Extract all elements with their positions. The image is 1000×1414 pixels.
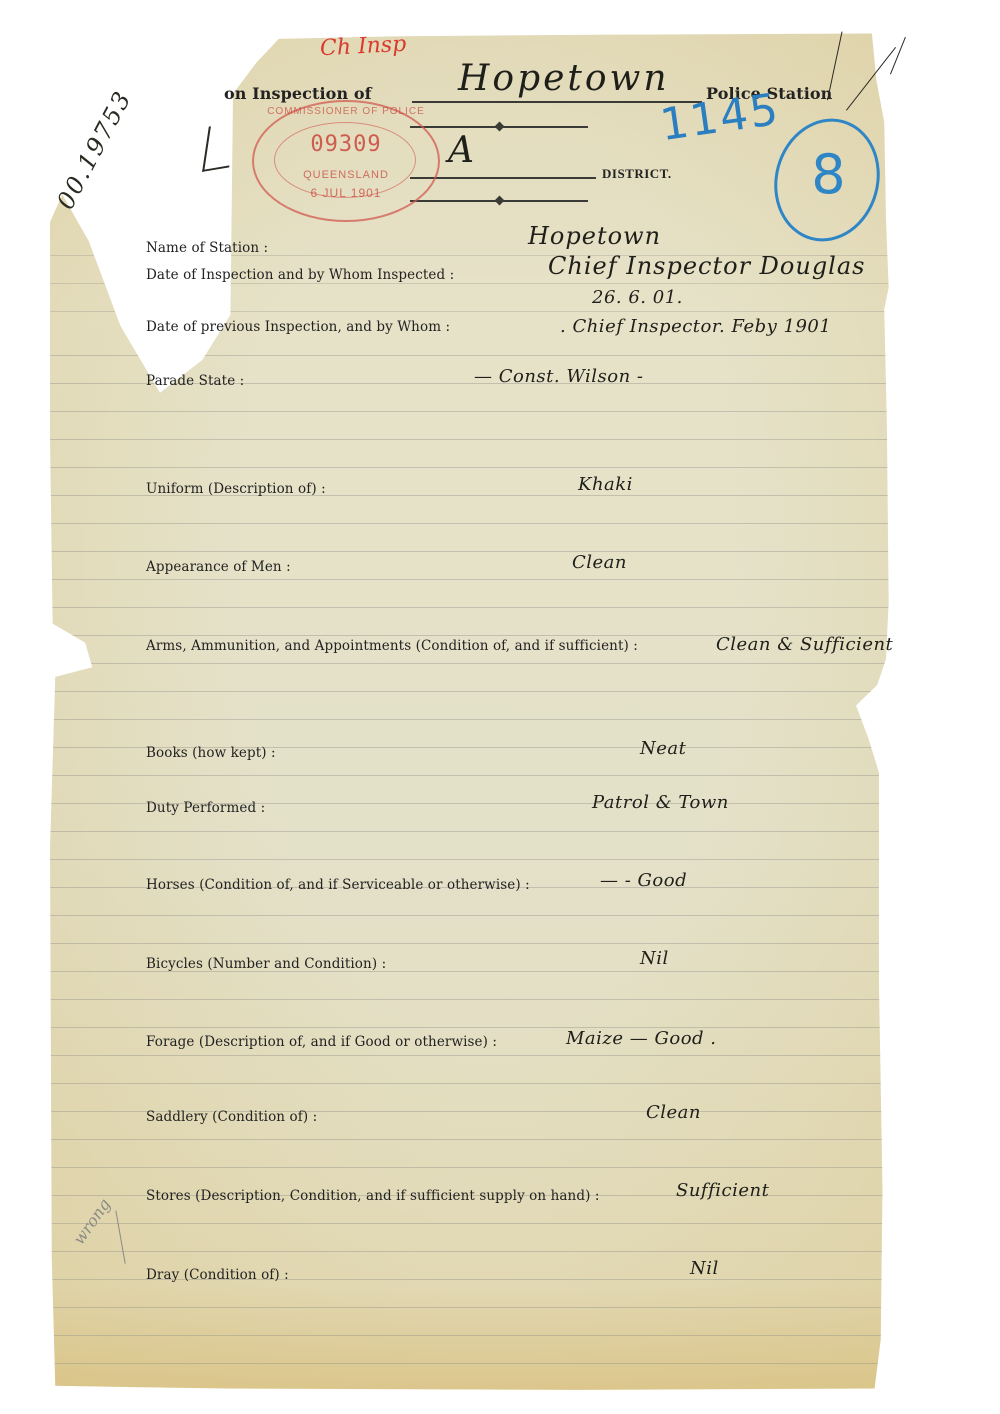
field-label-uniform: Uniform (Description of) :: [146, 481, 326, 497]
field-value-horses: — - Good: [600, 870, 687, 891]
field-value-appearance: Clean: [572, 552, 627, 573]
field-label-stores: Stores (Description, Condition, and if s…: [146, 1188, 600, 1204]
field-label-dray: Dray (Condition of) :: [146, 1267, 289, 1283]
stamp-date: 6 JUL 1901: [254, 186, 438, 200]
field-value-uniform: Khaki: [578, 474, 633, 495]
reference-number: 00.19753: [51, 86, 137, 214]
field-label-books: Books (how kept) :: [146, 745, 276, 761]
field-label-previous-inspection: Date of previous Inspection, and by Whom…: [146, 319, 450, 335]
field-value-forage: Maize — Good .: [566, 1028, 717, 1049]
field-label-inspection-date: Date of Inspection and by Whom Inspected…: [146, 267, 454, 283]
field-label-forage: Forage (Description of, and if Good or o…: [146, 1034, 497, 1050]
blue-circled-number: 8: [779, 143, 877, 206]
field-value-books: Neat: [640, 738, 686, 759]
stamp-number: 09309: [254, 132, 438, 157]
field-label-duty: Duty Performed :: [146, 800, 265, 816]
field-value-inspection-date: 26. 6. 01.: [592, 287, 683, 308]
field-label-appearance: Appearance of Men :: [146, 559, 291, 575]
red-annotation: Ch Insp: [319, 32, 406, 61]
field-value-duty: Patrol & Town: [592, 792, 729, 813]
pen-stroke: [890, 37, 906, 75]
field-value-inspector: Chief Inspector Douglas: [548, 252, 865, 280]
received-stamp: COMMISSIONER OF POLICE 09309 QUEENSLAND …: [252, 100, 440, 222]
field-label-bicycles: Bicycles (Number and Condition) :: [146, 956, 386, 972]
field-value-parade-state: — Const. Wilson -: [474, 366, 644, 387]
stamp-region: QUEENSLAND: [254, 169, 438, 181]
district-label: DISTRICT.: [602, 166, 672, 182]
station-handwritten: Hopetown: [458, 58, 670, 99]
field-value-previous-inspection: . Chief Inspector. Feby 1901: [560, 316, 831, 337]
field-value-dray: Nil: [690, 1258, 719, 1279]
field-value-station-name: Hopetown: [528, 222, 661, 250]
district-handwritten: A: [448, 130, 477, 171]
ornamental-rule-1: [410, 126, 588, 128]
field-value-saddlery: Clean: [646, 1102, 701, 1123]
field-value-arms: Clean & Sufficient: [716, 634, 893, 655]
field-label-parade-state: Parade State :: [146, 373, 244, 389]
stamp-ring-text: COMMISSIONER OF POLICE: [254, 106, 438, 117]
ornamental-rule-2: [410, 200, 588, 202]
field-label-arms: Arms, Ammunition, and Appointments (Cond…: [146, 638, 638, 654]
field-label-horses: Horses (Condition of, and if Serviceable…: [146, 877, 530, 893]
field-label-saddlery: Saddlery (Condition of) :: [146, 1109, 317, 1125]
field-value-bicycles: Nil: [640, 948, 669, 969]
field-label-station-name: Name of Station :: [146, 240, 268, 256]
field-value-stores: Sufficient: [676, 1180, 769, 1201]
check-mark-icon: [202, 122, 236, 172]
